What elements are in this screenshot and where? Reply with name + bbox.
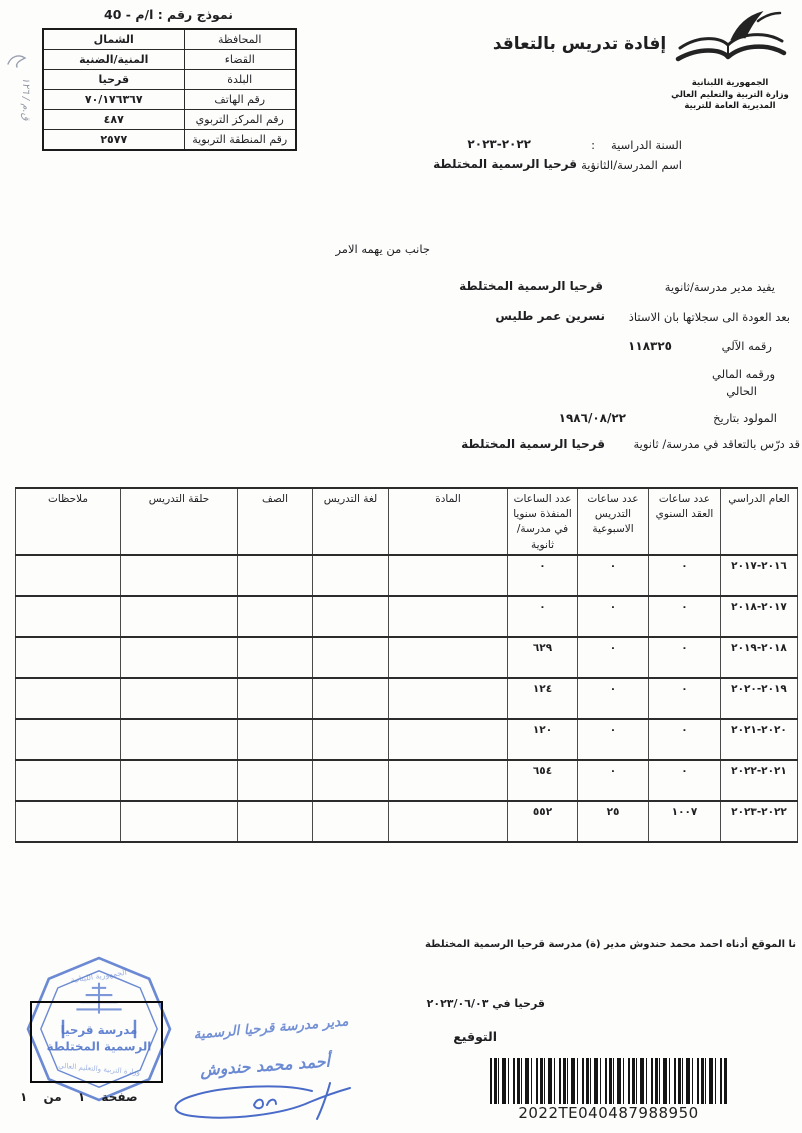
financial-number-label: ورقمه المالي xyxy=(712,367,775,381)
value-cell xyxy=(16,596,121,637)
to-whom-line: جانب من يهمه الامر xyxy=(335,242,430,256)
value-cell: ٠ xyxy=(508,596,578,637)
auto-number-value: ١١٨٣٢٥ xyxy=(628,339,672,353)
financial-number-label-2: الحالي xyxy=(726,384,757,398)
value-cell: ٠ xyxy=(649,760,721,801)
value-cell xyxy=(313,719,389,760)
records-label: بعد العودة الى سجلاتها بان الاستاذ xyxy=(629,310,790,324)
certifies-label: يفيد مدير مدرسة/ثانوية xyxy=(665,280,775,294)
info-value: ٤٨٧ xyxy=(43,110,184,130)
value-cell xyxy=(238,801,313,842)
certifies-school-value: قرحيا الرسمية المختلطة xyxy=(459,279,603,293)
info-value: المنية/الضنية xyxy=(43,50,184,70)
column-header: لغة التدريس xyxy=(313,488,389,555)
value-cell xyxy=(238,760,313,801)
value-cell: ١٢٠ xyxy=(508,719,578,760)
value-cell: ٠ xyxy=(649,637,721,678)
year-cell: ٢٠١٧-٢٠١٨ xyxy=(721,596,798,637)
value-cell xyxy=(389,760,508,801)
value-cell: ٠ xyxy=(578,555,649,596)
handwritten-director-title: مدير مدرسة قرحيا الرسمية xyxy=(178,1012,365,1044)
value-cell: ١٢٤ xyxy=(508,678,578,719)
ministry-logo-block: الجمهورية اللبنانية وزارة التربية والتعل… xyxy=(662,10,798,113)
value-cell: ٠ xyxy=(649,555,721,596)
info-label: رقم المنطقة التربوية xyxy=(184,130,296,151)
value-cell xyxy=(389,719,508,760)
column-header: حلقة التدريس xyxy=(121,488,238,555)
hours-table-header-row: العام الدراسيعدد ساعات العقد السنويعدد س… xyxy=(16,488,798,555)
value-cell xyxy=(121,719,238,760)
value-cell: ٠ xyxy=(578,719,649,760)
barcode-value: 2022TE040487988950 xyxy=(490,1104,727,1122)
teaching-hours-table: العام الدراسيعدد ساعات العقد السنويعدد س… xyxy=(15,487,798,843)
value-cell: ٠ xyxy=(578,596,649,637)
column-header: ملاحظات xyxy=(16,488,121,555)
value-cell xyxy=(121,760,238,801)
info-table-body: المحافظةالشمالالقضاءالمنية/الضنيةالبلدةق… xyxy=(43,29,296,150)
value-cell xyxy=(389,596,508,637)
ministry-line-republic: الجمهورية اللبنانية xyxy=(662,78,798,90)
value-cell: ٢٥ xyxy=(578,801,649,842)
school-name-label: اسم المدرسة/الثانوية xyxy=(581,158,682,172)
value-cell xyxy=(389,678,508,719)
table-row: ٢٠١٦-٢٠١٧٠٠٠ xyxy=(16,555,798,596)
year-cell: ٢٠٢٠-٢٠٢١ xyxy=(721,719,798,760)
taught-school-value: قرحيا الرسمية المختلطة xyxy=(461,437,605,451)
value-cell: ٠ xyxy=(649,678,721,719)
value-cell: ٠ xyxy=(649,719,721,760)
value-cell xyxy=(121,596,238,637)
table-row: ٢٠١٨-٢٠١٩٠٠٦٢٩ xyxy=(16,637,798,678)
info-label: البلدة xyxy=(184,70,296,90)
value-cell: ٠ xyxy=(578,760,649,801)
value-cell: ٥٥٢ xyxy=(508,801,578,842)
column-header: الصف xyxy=(238,488,313,555)
margin-reference-note: ق.م / ١٢٦ xyxy=(17,49,31,149)
birth-date-value: ١٩٨٦/٠٨/٢٢ xyxy=(559,411,626,425)
value-cell xyxy=(16,719,121,760)
year-cell: ٢٠١٨-٢٠١٩ xyxy=(721,637,798,678)
location-info-table: المحافظةالشمالالقضاءالمنية/الضنيةالبلدةق… xyxy=(42,28,297,151)
value-cell xyxy=(389,555,508,596)
value-cell xyxy=(121,678,238,719)
birth-date-label: المولود بتاريخ xyxy=(713,411,777,425)
barcode-icon xyxy=(490,1058,727,1104)
teacher-name-value: نسرين عمر طليس xyxy=(495,309,605,323)
value-cell xyxy=(389,637,508,678)
column-header: المادة xyxy=(389,488,508,555)
info-value: الشمال xyxy=(43,29,184,50)
value-cell xyxy=(121,801,238,842)
info-label: رقم المركز التربوي xyxy=(184,110,296,130)
value-cell xyxy=(238,678,313,719)
taught-label: قد درّس بالتعاقد في مدرسة/ ثانوية xyxy=(633,437,800,451)
value-cell xyxy=(238,719,313,760)
page-title: إفادة تدريس بالتعاقد xyxy=(492,34,667,54)
auto-number-label: رقمه الآلي xyxy=(722,339,772,353)
undersigned-declaration: نا الموقع أدناه احمد محمد حندوش مدير (ة)… xyxy=(425,939,796,950)
value-cell xyxy=(313,555,389,596)
place-and-date: قرحيا في ٢٠٢٣/٠٦/٠٣ xyxy=(427,997,545,1010)
info-row: المحافظةالشمال xyxy=(43,29,296,50)
value-cell xyxy=(16,555,121,596)
ministry-line-directorate: المديرية العامة للتربية xyxy=(662,101,798,113)
value-cell xyxy=(313,760,389,801)
document-page: ق.م / ١٢٦ نموذج رقم : ا/م - 40 المحافظةا… xyxy=(0,0,802,1133)
value-cell xyxy=(313,596,389,637)
column-header: عدد الساعات المنفذة سنويا في مدرسة/ثانوي… xyxy=(508,488,578,555)
value-cell xyxy=(389,801,508,842)
value-cell: ٠ xyxy=(649,596,721,637)
table-row: ٢٠٢٠-٢٠٢١٠٠١٢٠ xyxy=(16,719,798,760)
info-value: قرحيا xyxy=(43,70,184,90)
year-cell: ٢٠١٦-٢٠١٧ xyxy=(721,555,798,596)
info-label: رقم الهاتف xyxy=(184,90,296,110)
value-cell: ٠ xyxy=(508,555,578,596)
year-cell: ٢٠١٩-٢٠٢٠ xyxy=(721,678,798,719)
value-cell: ٦٢٩ xyxy=(508,637,578,678)
value-cell xyxy=(121,555,238,596)
info-value: ٧٠/١٧٦٣٦٧ xyxy=(43,90,184,110)
academic-year-label: السنة الدراسية xyxy=(611,138,682,152)
info-row: رقم الهاتف٧٠/١٧٦٣٦٧ xyxy=(43,90,296,110)
info-row: رقم المركز التربوي٤٨٧ xyxy=(43,110,296,130)
value-cell xyxy=(16,678,121,719)
value-cell: ٦٥٤ xyxy=(508,760,578,801)
stamp-frame-box xyxy=(30,1001,163,1083)
table-row: ٢٠١٩-٢٠٢٠٠٠١٢٤ xyxy=(16,678,798,719)
column-header: العام الدراسي xyxy=(721,488,798,555)
ministry-line-ministry: وزارة التربية والتعليم العالي xyxy=(662,90,798,102)
value-cell xyxy=(16,760,121,801)
value-cell xyxy=(16,801,121,842)
column-header: عدد ساعات التدريس الاسبوعية xyxy=(578,488,649,555)
page-number-label: صفحة ١ من ١ xyxy=(20,1090,138,1104)
value-cell xyxy=(313,637,389,678)
value-cell xyxy=(238,637,313,678)
year-cell: ٢٠٢٢-٢٠٢٣ xyxy=(721,801,798,842)
hours-table-body: ٢٠١٦-٢٠١٧٠٠٠٢٠١٧-٢٠١٨٠٠٠٢٠١٨-٢٠١٩٠٠٦٢٩٢٠… xyxy=(16,555,798,842)
value-cell xyxy=(238,596,313,637)
table-row: ٢٠٢٢-٢٠٢٣١٠٠٧٢٥٥٥٢ xyxy=(16,801,798,842)
school-name-value: قرحيا الرسمية المختلطة xyxy=(433,157,577,171)
value-cell xyxy=(121,637,238,678)
form-number-title: نموذج رقم : ا/م - 40 xyxy=(42,7,295,22)
year-cell: ٢٠٢١-٢٠٢٢ xyxy=(721,760,798,801)
info-value: ٢٥٧٧ xyxy=(43,130,184,151)
info-row: القضاءالمنية/الضنية xyxy=(43,50,296,70)
value-cell: ٠ xyxy=(578,637,649,678)
value-cell xyxy=(238,555,313,596)
handwritten-director-name: أحمد محمد حندوش xyxy=(180,1050,351,1081)
value-cell xyxy=(313,678,389,719)
academic-year-value: ٢٠٢٢-٢٠٢٣ xyxy=(467,137,531,151)
value-cell: ٠ xyxy=(578,678,649,719)
value-cell: ١٠٠٧ xyxy=(649,801,721,842)
signature-scribble xyxy=(162,1080,362,1124)
signature-label: التوقيع xyxy=(453,1029,497,1044)
column-header: عدد ساعات العقد السنوي xyxy=(649,488,721,555)
info-label: المحافظة xyxy=(184,29,296,50)
value-cell xyxy=(16,637,121,678)
table-row: ٢٠١٧-٢٠١٨٠٠٠ xyxy=(16,596,798,637)
info-row: البلدةقرحيا xyxy=(43,70,296,90)
academic-year-colon: : xyxy=(591,138,595,152)
table-row: ٢٠٢١-٢٠٢٢٠٠٦٥٤ xyxy=(16,760,798,801)
open-book-logo-icon xyxy=(671,10,789,74)
info-row: رقم المنطقة التربوية٢٥٧٧ xyxy=(43,130,296,151)
value-cell xyxy=(313,801,389,842)
school-name-colon: : xyxy=(591,158,595,172)
info-label: القضاء xyxy=(184,50,296,70)
